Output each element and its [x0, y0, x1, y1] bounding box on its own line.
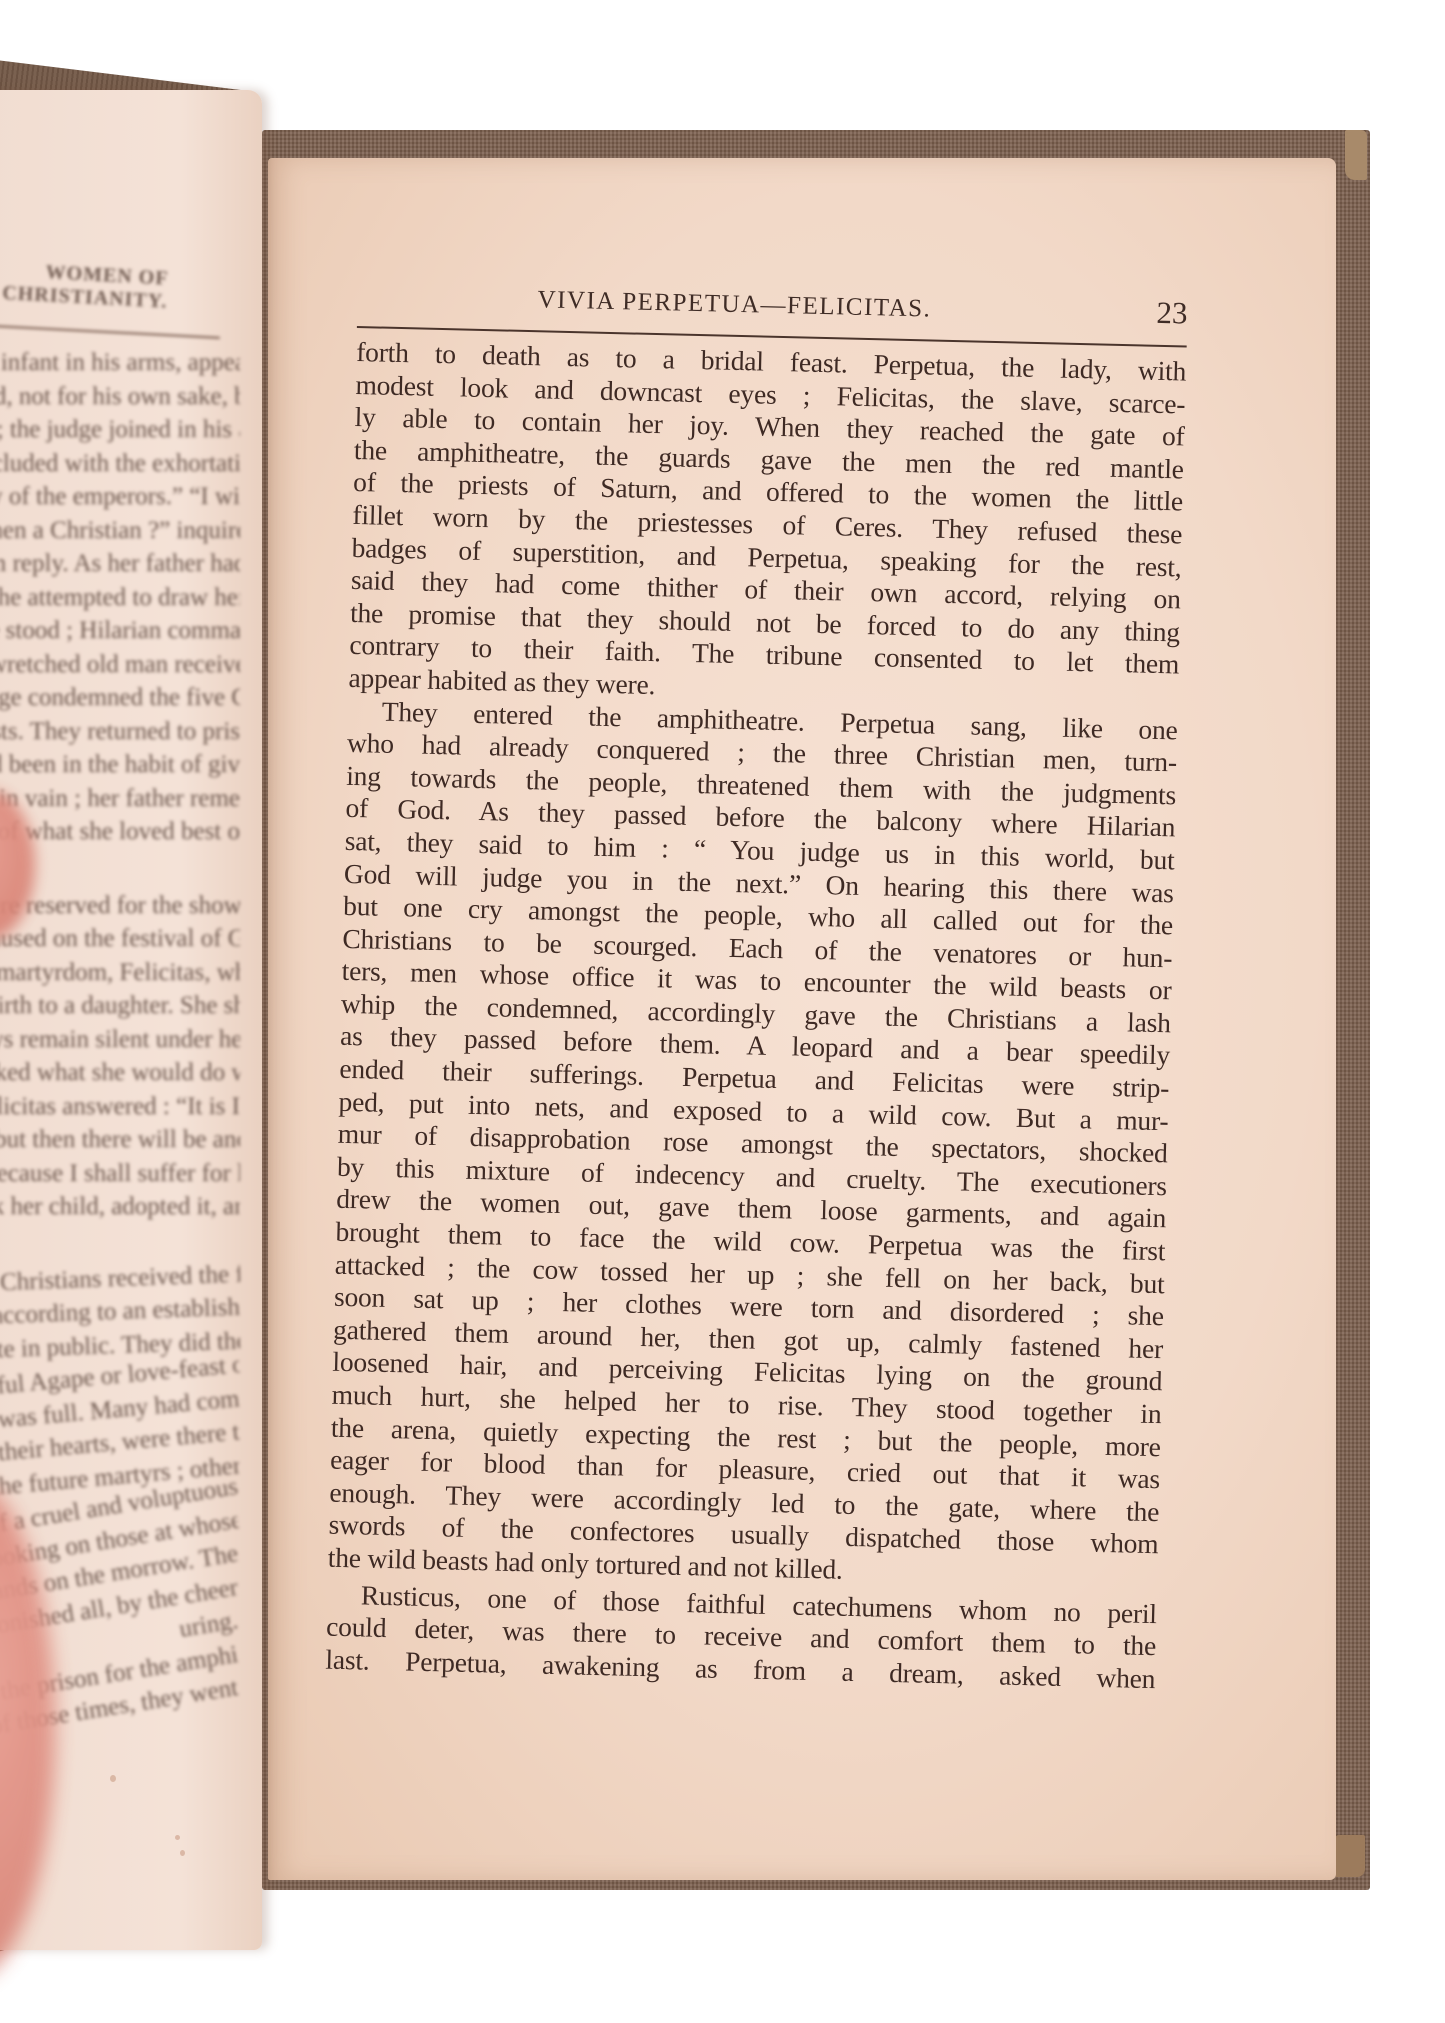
running-head: VIVIA PERPETUA—FELICITAS. 23	[357, 280, 1188, 346]
body-text: forth to death as to a bridal feast. Per…	[325, 336, 1186, 1696]
left-running-title: WOMEN OF CHRISTIANITY.	[0, 253, 241, 318]
left-body-text: holding her infant in his arms, appeal n…	[0, 346, 240, 1733]
text-line: ers were amused on the festival of Get	[0, 922, 240, 956]
text-line: hristians were reserved for the show	[0, 889, 240, 923]
text-line: n he pleaded, not for his own sake, bu	[0, 380, 240, 414]
text-line: a, who had been in the habit of giv	[0, 748, 240, 782]
text-line: ockingly asked what she would do whe	[0, 1056, 240, 1090]
worn-cover-corner-top	[1345, 130, 1367, 180]
paragraph-gap	[0, 1224, 240, 1264]
text-line: l beasts. Felicitas answered : “It is I	[0, 1090, 240, 1124]
page-number: 23	[1156, 295, 1188, 332]
text-line: ocent child ; the judge joined in his ap…	[0, 413, 240, 447]
foxing-spot	[175, 1835, 180, 1840]
left-header-rule	[0, 319, 220, 339]
foxing-spot	[110, 1775, 116, 1782]
text-line: holding her infant in his arms, appeal	[0, 346, 240, 380]
text-line: n the last of what she loved best o	[0, 815, 240, 849]
text-line: oomed her, he attempted to draw her f	[0, 581, 240, 615]
text-line: n which she stood ; Hilarian command	[0, 614, 240, 648]
text-line: “ Are you then a Christian ?” inquire	[0, 514, 240, 548]
text-line: the hour of martyrdom, Felicitas, wh	[0, 956, 240, 990]
right-page-content: VIVIA PERPETUA—FELICITAS. 23 forth to de…	[325, 280, 1188, 1696]
text-line: es, and concluded with the exhortatio	[0, 447, 240, 481]
text-line: er for me, because I shall suffer for hi…	[0, 1157, 240, 1191]
text-line: hild, gave birth to a daughter. She sh	[0, 989, 240, 1023]
text-line: woman took her child, adopted it, and	[0, 1190, 240, 1224]
text-line: ow suffer ; but then there will be anoth…	[0, 1123, 240, 1157]
text-line: asked for it in vain ; her father reme	[0, 782, 240, 816]
text-line: was her firm reply. As her father had	[0, 547, 240, 581]
left-page-content: WOMEN OF CHRISTIANITY. holding her infan…	[0, 262, 240, 1733]
text-line: away ; the wretched old man receive	[0, 648, 240, 682]
right-page: VIVIA PERPETUA—FELICITAS. 23 forth to de…	[268, 158, 1336, 1880]
text-line: hilst the judge condemned the five Chr	[0, 681, 240, 715]
running-title: VIVIA PERPETUA—FELICITAS.	[537, 286, 931, 323]
text-line: to wild beasts. They returned to pris	[0, 715, 240, 749]
paragraph-gap	[0, 849, 240, 889]
text-line: prosperity of the emperors.” “I wi	[0, 480, 240, 514]
text-line: ld not always remain silent under her pa…	[0, 1023, 240, 1057]
foxing-spot	[180, 1850, 185, 1856]
worn-cover-corner-bottom	[1335, 1835, 1365, 1877]
